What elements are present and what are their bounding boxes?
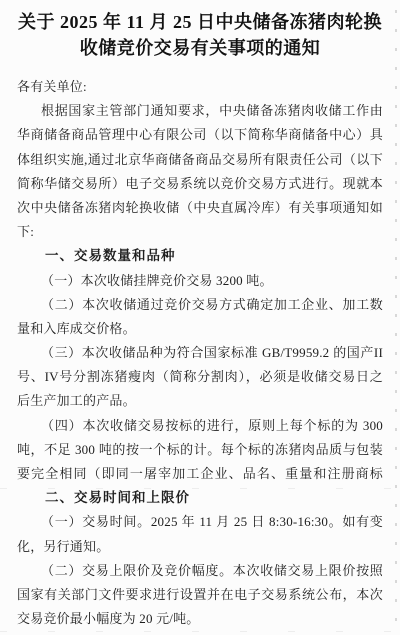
doc-line: 简称华储交易所）电子交易系统以竞价交易方式进行。现就本 — [17, 172, 383, 196]
doc-line: 吨，不足 300 吨的按一个标的计。每个标的冻猪肉品质与包装 — [17, 438, 383, 462]
doc-line: （二）本次收储通过竞价交易方式确定加工企业、加工数 — [17, 293, 383, 317]
doc-line: 国家有关部门文件要求进行设置并在电子交易系统公布，本次 — [17, 583, 383, 607]
section-heading: 二、交易时间和上限价 — [17, 486, 383, 510]
doc-line: 要完全相同（即同一屠宰加工企业、品名、重量和注册商标等）。 — [17, 462, 383, 486]
section-heading: 一、交易数量和品种 — [17, 244, 383, 268]
document-title-line-2: 收储竞价交易有关事项的通知 — [0, 35, 400, 61]
scan-edge-artifact — [395, 10, 397, 635]
doc-line: 华商储备商品管理中心有限公司（以下简称华商储备中心）具 — [17, 123, 383, 147]
document-title-line-1: 关于 2025 年 11 月 25 日中央储备冻猪肉轮换 — [0, 9, 400, 35]
doc-line: 号、IV号分割冻猪瘦肉（简称分割肉），必须是收储交易日之 — [17, 365, 383, 389]
document-body: 各有关单位:根据国家主管部门通知要求，中央储备冻猪肉收储工作由华商储备商品管理中… — [17, 75, 383, 631]
doc-line: 量和入库成交价格。 — [17, 317, 383, 341]
doc-line: （三）本次收储品种为符合国家标准 GB/T9959.2 的国产II — [17, 341, 383, 365]
document-title: 关于 2025 年 11 月 25 日中央储备冻猪肉轮换 收储竞价交易有关事项的… — [0, 9, 400, 61]
doc-line: 交易竞价最小幅度为 20 元/吨。 — [17, 607, 383, 631]
scanned-notice-page: 关于 2025 年 11 月 25 日中央储备冻猪肉轮换 收储竞价交易有关事项的… — [0, 0, 400, 635]
doc-line: 各有关单位: — [17, 75, 383, 99]
scan-noise-line — [0, 488, 400, 489]
doc-line: 下: — [17, 220, 383, 244]
doc-line: （四）本次收储交易按标的进行，原则上每个标的为 300 — [17, 414, 383, 438]
scan-noise-line — [0, 631, 400, 632]
doc-line: （二）交易上限价及竞价幅度。本次收储交易上限价按照 — [17, 559, 383, 583]
doc-line: 次中央储备冻猪肉轮换收储（中央直属冷库）有关事项通知如 — [17, 196, 383, 220]
doc-line: 体组织实施,通过北京华商储备商品交易所有限责任公司（以下 — [17, 148, 383, 172]
doc-line: 根据国家主管部门通知要求，中央储备冻猪肉收储工作由 — [17, 99, 383, 123]
doc-line: （一）交易时间。2025 年 11 月 25 日 8:30-16:30。如有变 — [17, 510, 383, 534]
doc-line: （一）本次收储挂牌竞价交易 3200 吨。 — [17, 269, 383, 293]
doc-line: 化，另行通知。 — [17, 535, 383, 559]
doc-line: 后生产加工的产品。 — [17, 389, 383, 413]
